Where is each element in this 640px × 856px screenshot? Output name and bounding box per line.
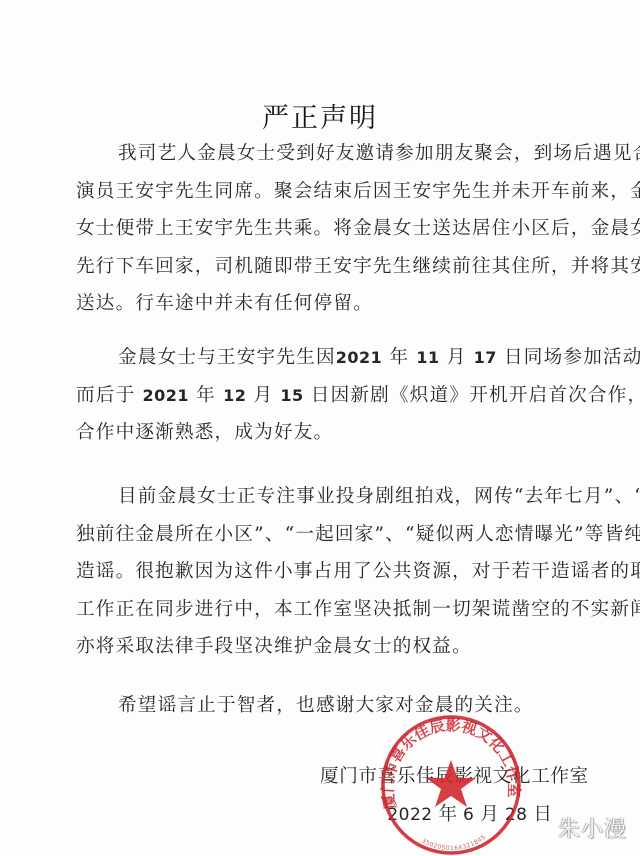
svg-text:3502050164321845: 3502050164321845: [420, 834, 487, 852]
paragraph-line: 我司艺人金晨女士受到好友邀请参加朋友聚会，到场后遇见合作: [76, 135, 540, 173]
seal-code: 3502050164321845: [420, 834, 487, 852]
date-number: 2021: [336, 348, 383, 367]
signature-date: 2022 年 6 月 28 日: [320, 796, 552, 835]
paragraph-line: 而后于 2021 年 12 月 15 日因新剧《炽道》开机开启首次合作，并在: [76, 377, 540, 415]
date-number: 12: [223, 386, 246, 405]
date-number: 11: [416, 348, 439, 367]
paragraph-line: 希望谣言止于智者，也感谢大家对金晨的关注。: [76, 687, 540, 725]
paragraph-line: 造谣。很抱歉因为这件小事占用了公共资源，对于若干造谣者的取证: [76, 553, 540, 591]
paragraph-4: 希望谣言止于智者，也感谢大家对金晨的关注。: [76, 687, 540, 725]
paragraph-2: 金晨女士与王安宇先生因2021 年 11 月 17 日同场参加活动相识， 而后于…: [76, 339, 540, 452]
paragraph-line: 女士便带上王安宇先生共乘。将金晨女士送达居住小区后，金晨女士: [76, 210, 540, 248]
paragraph-line: 独前往金晨所在小区”、“一起回家”、“疑似两人恋情曝光”等皆纯属: [76, 516, 540, 554]
date-number: 2021: [143, 386, 190, 405]
paragraph-line: 送达。行车途中并未有任何停留。: [76, 285, 540, 323]
paragraph-line: 亦将采取法律手段坚决维护金晨女士的权益。: [76, 628, 540, 666]
paragraph-line: 合作中逐渐熟悉，成为好友。: [76, 414, 540, 452]
paragraph-1: 我司艺人金晨女士受到好友邀请参加朋友聚会，到场后遇见合作 演员王安宇先生同席。聚…: [76, 135, 540, 323]
paragraph-line: 金晨女士与王安宇先生因2021 年 11 月 17 日同场参加活动相识，: [76, 339, 540, 377]
paragraph-3: 目前金晨女士正专注事业投身剧组拍戏，网传“去年七月”、“单 独前往金晨所在小区”…: [76, 478, 540, 666]
date-number: 15: [280, 386, 303, 405]
date-year: 2022: [387, 805, 432, 825]
document-page: 严正声明 我司艺人金晨女士受到好友邀请参加朋友聚会，到场后遇见合作 演员王安宇先…: [0, 0, 640, 856]
paragraph-line: 演员王安宇先生同席。聚会结束后因王安宇先生并未开车前来，金晨: [76, 173, 540, 211]
paragraph-line: 工作正在同步进行中，本工作室坚决抵制一切架谎凿空的不实新闻，: [76, 591, 540, 629]
signature-organization: 厦门市喜乐佳辰影视文化工作室: [320, 758, 552, 796]
paragraph-line: 目前金晨女士正专注事业投身剧组拍戏，网传“去年七月”、“单: [76, 478, 540, 516]
date-month: 6: [463, 805, 474, 825]
date-day: 28: [505, 805, 528, 825]
document-title: 严正声明: [0, 96, 640, 135]
author-watermark: 朱小漫: [558, 812, 627, 843]
paragraph-line: 先行下车回家，司机随即带王安宇先生继续前往其住所，并将其安全: [76, 248, 540, 286]
date-number: 17: [474, 348, 497, 367]
